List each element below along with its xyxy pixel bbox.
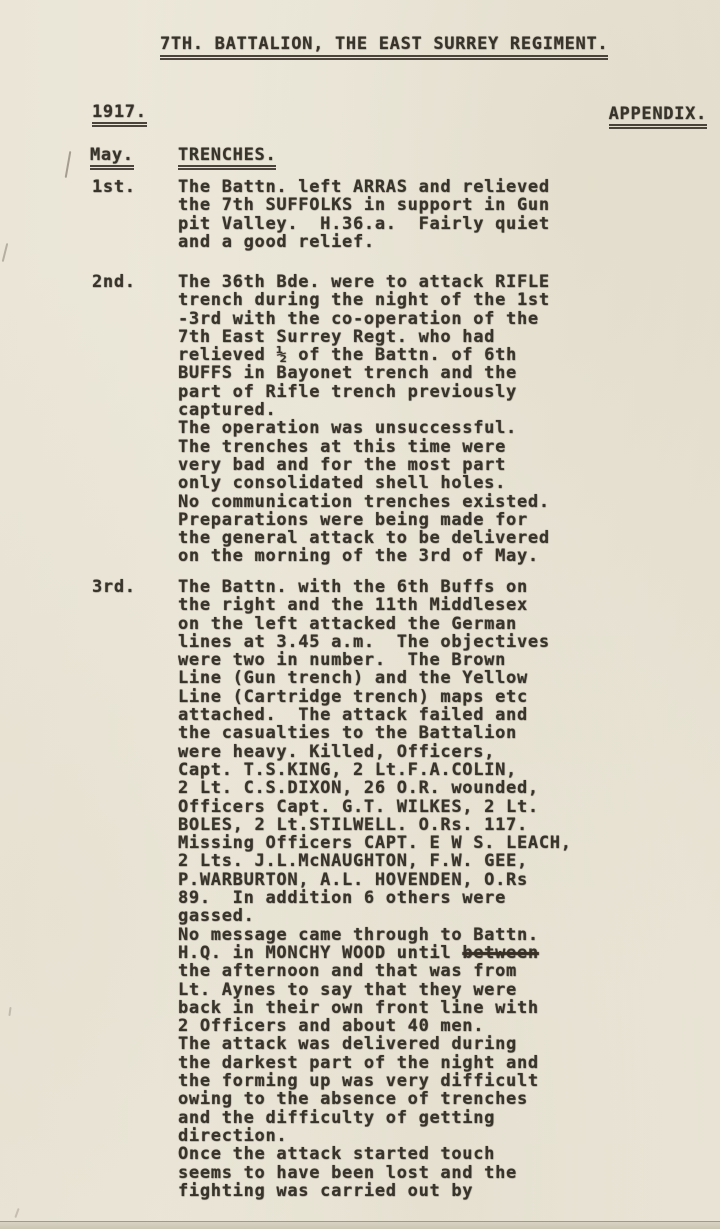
diary-line: on the left attacked the German [178, 615, 572, 633]
entry-date-label: 1st. [92, 178, 136, 196]
entry-text: The 36th Bde. were to attack RIFLEtrench… [178, 273, 550, 566]
diary-line: seems to have been lost and the [178, 1164, 572, 1182]
diary-line: BOLES, 2 Lt.STILWELL. O.Rs. 117. [178, 816, 572, 834]
diary-line: No message came through to Battn. [178, 926, 572, 944]
diary-line: part of Rifle trench previously [178, 383, 550, 401]
entry-text: The Battn. with the 6th Buffs onthe righ… [178, 578, 572, 1200]
diary-line: Missing Officers CAPT. E W S. LEACH, [178, 834, 572, 852]
diary-line: on the morning of the 3rd of May. [178, 547, 550, 565]
diary-line: P.WARBURTON, A.L. HOVENDEN, O.Rs [178, 871, 572, 889]
diary-line: 7th East Surrey Regt. who had [178, 328, 550, 346]
diary-line: the afternoon and that was from [178, 962, 572, 980]
year-label: 1917. [92, 103, 147, 127]
section-heading: TRENCHES. [178, 146, 276, 170]
diary-line: Line (Gun trench) and the Yellow [178, 669, 572, 687]
diary-line: and a good relief. [178, 233, 550, 251]
diary-line: Officers Capt. G.T. WILKES, 2 Lt. [178, 798, 572, 816]
diary-line: H.Q. in MONCHY WOOD until between [178, 944, 572, 962]
diary-line: No communication trenches existed. [178, 493, 550, 511]
diary-line: were two in number. The Brown [178, 651, 572, 669]
diary-line: only consolidated shell holes. [178, 474, 550, 492]
diary-line: the forming up was very difficult [178, 1072, 572, 1090]
pen-mark [14, 1208, 19, 1218]
diary-line: the 7th SUFFOLKS in support in Gun [178, 196, 550, 214]
diary-line: The Battn. with the 6th Buffs on [178, 578, 572, 596]
diary-line: 2 Lts. J.L.McNAUGHTON, F.W. GEE, [178, 852, 572, 870]
diary-line: attached. The attack failed and [178, 706, 572, 724]
diary-line: were heavy. Killed, Officers, [178, 743, 572, 761]
diary-line: -3rd with the co-operation of the [178, 310, 550, 328]
page-title: 7TH. BATTALION, THE EAST SURREY REGIMENT… [160, 34, 608, 60]
entry-text: The Battn. left ARRAS and relievedthe 7t… [178, 178, 550, 251]
diary-line: Once the attack started touch [178, 1145, 572, 1163]
scanned-page: 7TH. BATTALION, THE EAST SURREY REGIMENT… [0, 0, 720, 1229]
diary-line: and the difficulty of getting [178, 1109, 572, 1127]
pen-mark [65, 151, 72, 178]
month-label: May. [90, 146, 134, 170]
diary-line: direction. [178, 1127, 572, 1145]
diary-line: the general attack to be delivered [178, 529, 550, 547]
diary-line: relieved ½ of the Battn. of 6th [178, 346, 550, 364]
diary-line: trench during the night of the 1st [178, 291, 550, 309]
diary-line: Preparations were being made for [178, 511, 550, 529]
diary-line: Line (Cartridge trench) maps etc [178, 688, 572, 706]
diary-line: Lt. Aynes to say that they were [178, 981, 572, 999]
diary-line: pit Valley. H.36.a. Fairly quiet [178, 215, 550, 233]
diary-line: Capt. T.S.KING, 2 Lt.F.A.COLIN, [178, 761, 572, 779]
diary-line: captured. [178, 401, 550, 419]
scan-bottom-edge [0, 1221, 720, 1229]
diary-line: the casualties to the Battalion [178, 724, 572, 742]
diary-line: the right and the 11th Middlesex [178, 596, 572, 614]
diary-line: 89. In addition 6 others were [178, 889, 572, 907]
diary-line: back in their own front line with [178, 999, 572, 1017]
diary-line: lines at 3.45 a.m. The objectives [178, 633, 572, 651]
pen-mark [2, 243, 9, 262]
diary-line: BUFFS in Bayonet trench and the [178, 364, 550, 382]
diary-line: gassed. [178, 907, 572, 925]
entry-date-label: 2nd. [92, 273, 136, 291]
diary-line: The 36th Bde. were to attack RIFLE [178, 273, 550, 291]
diary-line: owing to the absence of trenches [178, 1090, 572, 1108]
diary-line: very bad and for the most part [178, 456, 550, 474]
page-title-text: 7TH. BATTALION, THE EAST SURREY REGIMENT… [160, 34, 608, 60]
diary-line: The operation was unsuccessful. [178, 419, 550, 437]
pen-mark [8, 1007, 11, 1016]
diary-line: the darkest part of the night and [178, 1054, 572, 1072]
struck-word: between [462, 943, 539, 963]
appendix-label: APPENDIX. [609, 105, 707, 129]
diary-line: The trenches at this time were [178, 438, 550, 456]
diary-line: fighting was carried out by [178, 1182, 572, 1200]
diary-line: 2 Officers and about 40 men. [178, 1017, 572, 1035]
diary-line: The attack was delivered during [178, 1035, 572, 1053]
diary-line: The Battn. left ARRAS and relieved [178, 178, 550, 196]
entry-date-label: 3rd. [92, 578, 136, 596]
diary-line: 2 Lt. C.S.DIXON, 26 O.R. wounded, [178, 779, 572, 797]
